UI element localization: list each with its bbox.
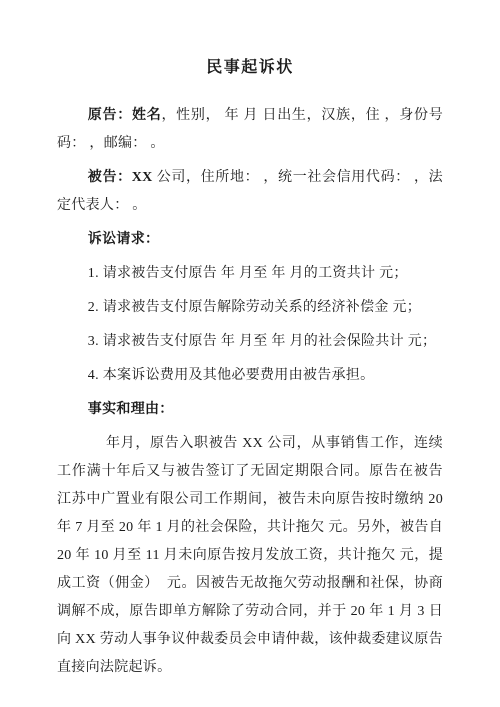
document-title: 民事起诉状	[57, 56, 443, 80]
defendant-label: 被告：XX	[88, 170, 153, 185]
claim-item-4: 4. 本案诉讼费用及其他必要费用由被告承担。	[57, 362, 443, 390]
facts-heading: 事实和理由：	[57, 396, 443, 424]
claim-item-1: 1. 请求被告支付原告 年 月至 年 月的工资共计 元；	[57, 260, 443, 288]
claims-heading: 诉讼请求：	[57, 226, 443, 254]
plaintiff-paragraph: 原告：姓名，性别， 年 月 日出生，汉族，住 ，身份号码： ，邮编： 。	[57, 102, 443, 158]
facts-paragraph: 年月，原告入职被告 XX 公司，从事销售工作，连续工作满十年后又与被告签订了无固…	[57, 430, 443, 682]
defendant-paragraph: 被告：XX 公司，住所地： ，统一社会信用代码： ，法定代表人： 。	[57, 164, 443, 220]
claim-item-3: 3. 请求被告支付原告 年 月至 年 月的社会保险共计 元；	[57, 328, 443, 356]
document-page: 民事起诉状 原告：姓名，性别， 年 月 日出生，汉族，住 ，身份号码： ，邮编：…	[0, 0, 500, 707]
plaintiff-label: 原告：姓名	[88, 108, 162, 123]
claim-item-2: 2. 请求被告支付原告解除劳动关系的经济补偿金 元；	[57, 294, 443, 322]
